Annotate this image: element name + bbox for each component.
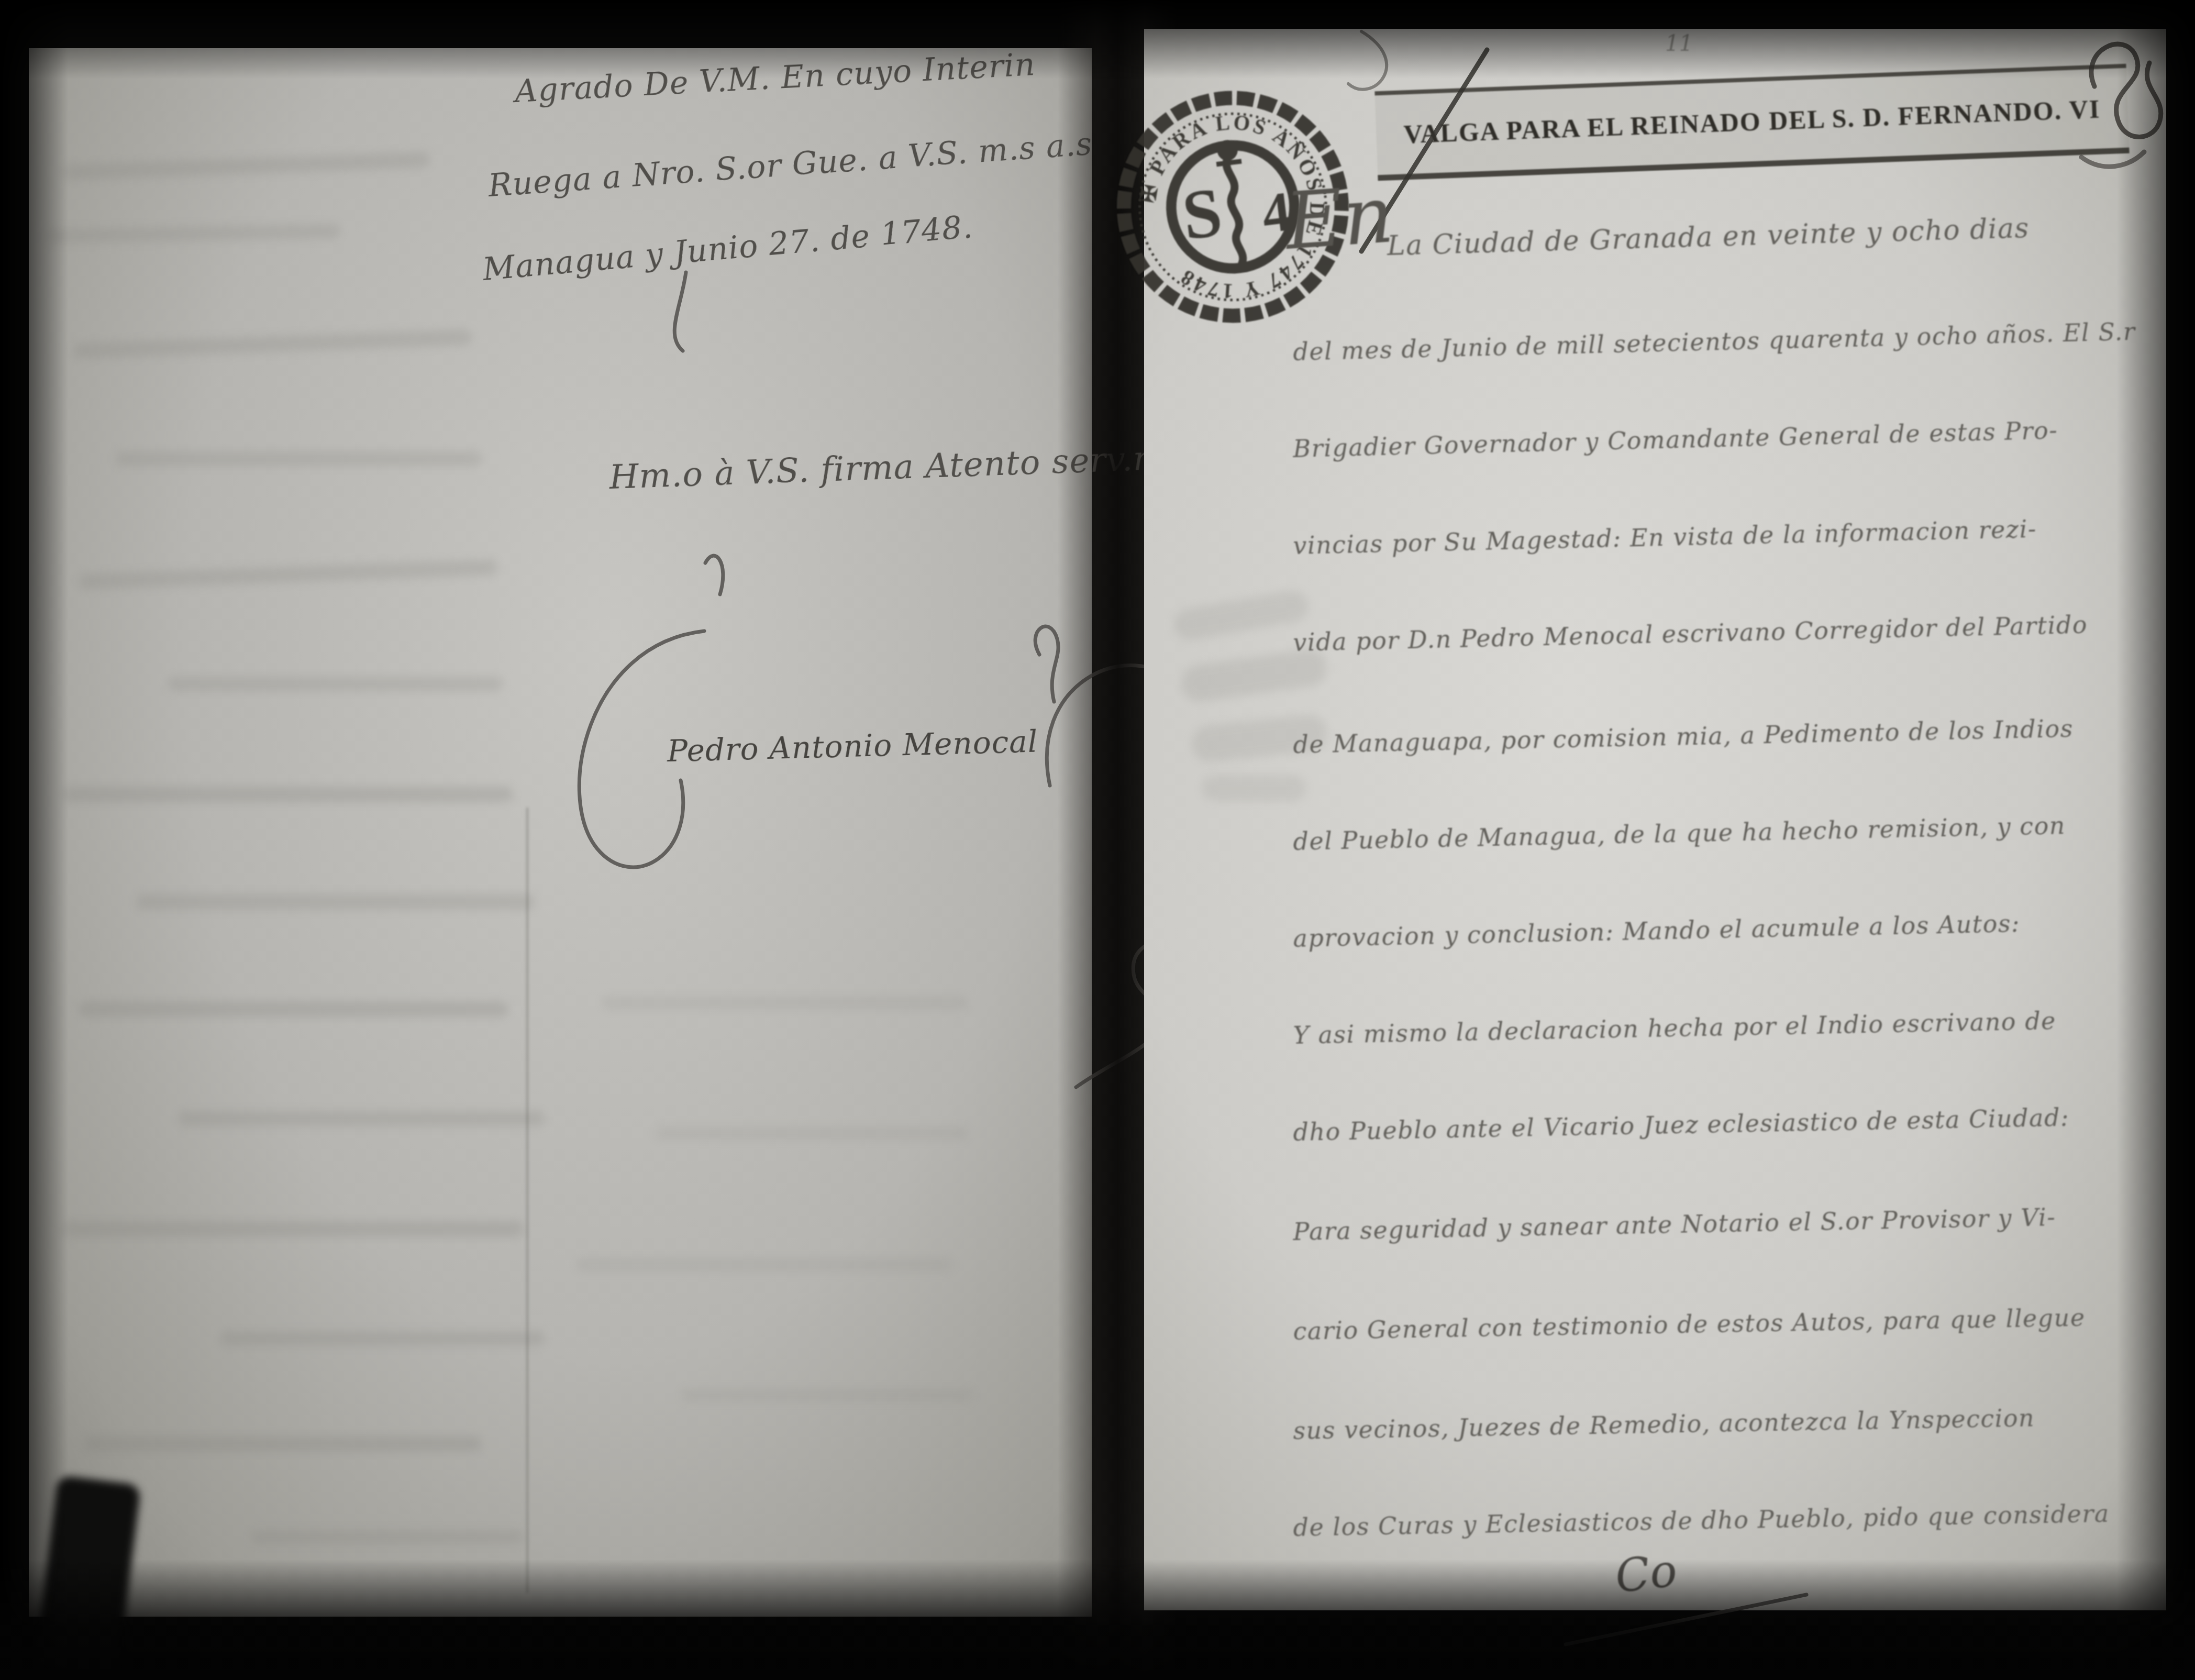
closing-mark: Co (1613, 1544, 1679, 1603)
page-crease (526, 808, 528, 1593)
ghost-scribble (1202, 775, 1306, 801)
ghost-streak (602, 996, 969, 1010)
ghost-streak (63, 152, 430, 180)
ghost-streak (63, 787, 513, 802)
ghost-streak (79, 559, 498, 590)
ghost-streak (655, 1127, 969, 1140)
ghost-streak (220, 1331, 545, 1346)
ghost-streak (47, 224, 340, 244)
ghost-streak (63, 1221, 524, 1237)
ghost-streak (576, 1258, 953, 1272)
manuscript-scan: Agrado De V.M. En cuyo Interin Ruega a N… (0, 0, 2195, 1680)
page-number: 11 (1665, 30, 1693, 56)
ghost-streak (136, 894, 534, 910)
ghost-streak (73, 329, 472, 359)
ghost-streak (178, 1111, 545, 1126)
ghost-streak (168, 677, 503, 691)
body-initial: En (1282, 169, 1396, 268)
banner-text: VALGA PARA EL REINADO DEL S. D. FERNANDO… (1403, 94, 2101, 150)
ghost-streak (79, 1001, 508, 1017)
left-page (29, 48, 1092, 1617)
ghost-streak (115, 451, 482, 466)
ghost-scribble (1171, 588, 1311, 643)
ghost-streak (251, 1530, 524, 1544)
ghost-streak (681, 1389, 974, 1401)
ghost-streak (84, 1436, 482, 1452)
